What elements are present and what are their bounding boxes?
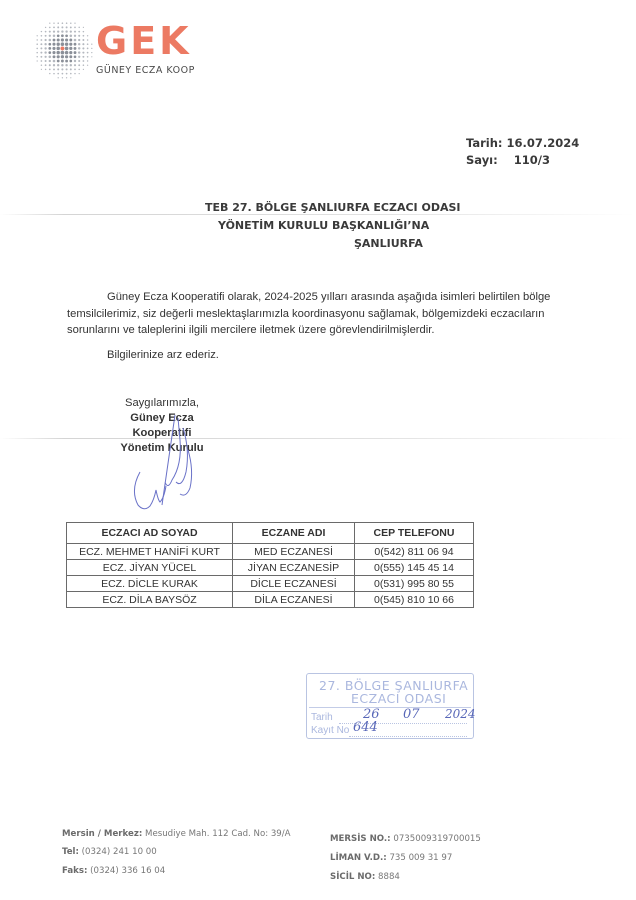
phone-number: 0(555) 145 45 14 xyxy=(355,560,474,576)
stamp-record-number: 644 xyxy=(353,720,378,735)
pharmacy-name: DİLA ECZANESİ xyxy=(233,592,355,608)
date-label: Tarih: xyxy=(466,136,503,150)
footer-tax-label: LİMAN V.D.: xyxy=(330,853,387,863)
addressee-line-1: TEB 27. BÖLGE ŞANLIURFA ECZACI ODASI xyxy=(205,201,461,214)
footer-tax-value: 735 009 31 97 xyxy=(389,853,452,863)
footer-address: Mersin / Merkez: Mesudiye Mah. 112 Cad. … xyxy=(62,829,291,839)
stamp-date-month: 07 xyxy=(403,707,420,722)
representatives-table: ECZACI AD SOYAD ECZANE ADI CEP TELEFONU … xyxy=(66,522,474,608)
body-paragraph: Güney Ecza Kooperatifi olarak, 2024-2025… xyxy=(67,289,577,339)
footer-address-label: Mersin / Merkez: xyxy=(62,829,142,839)
signature-icon xyxy=(120,410,210,520)
footer-fax-label: Faks: xyxy=(62,866,87,876)
footer-phone-value: (0324) 241 10 00 xyxy=(82,847,157,857)
pharmacist-name: ECZ. DİCLE KURAK xyxy=(67,576,233,592)
table-row: ECZ. DİLA BAYSÖZ DİLA ECZANESİ 0(545) 81… xyxy=(67,592,474,608)
pharmacy-name: DİCLE ECZANESİ xyxy=(233,576,355,592)
stamp-date-year: 2024 xyxy=(445,707,476,721)
footer-fax-value: (0324) 336 16 04 xyxy=(90,866,165,876)
greeting: Bilgilerinize arz ederiz. xyxy=(107,349,219,361)
phone-number: 0(531) 995 80 55 xyxy=(355,576,474,592)
document-meta: Tarih: 16.07.2024 Sayı: 110/3 xyxy=(466,135,579,169)
number-label: Sayı: xyxy=(466,153,498,167)
pharmacist-name: ECZ. MEHMET HANİFİ KURT xyxy=(67,544,233,560)
date-value: 16.07.2024 xyxy=(507,136,580,150)
addressee-line-2: YÖNETİM KURULU BAŞKANLIĞI’NA xyxy=(218,219,429,232)
phone-number: 0(545) 810 10 66 xyxy=(355,592,474,608)
phone-number: 0(542) 811 06 94 xyxy=(355,544,474,560)
paper-fold-line xyxy=(0,438,636,439)
date-row: Tarih: 16.07.2024 xyxy=(466,135,579,152)
stamp-record-label: Kayıt No xyxy=(311,725,349,736)
footer-phone: Tel: (0324) 241 10 00 xyxy=(62,847,157,857)
pharmacist-name: ECZ. JİYAN YÜCEL xyxy=(67,560,233,576)
pharmacy-name: MED ECZANESİ xyxy=(233,544,355,560)
stamp-org-line-2: ECZACI ODASI xyxy=(351,691,446,706)
footer-fax: Faks: (0324) 336 16 04 xyxy=(62,866,165,876)
footer-mersis-value: 0735009319700015 xyxy=(393,834,480,844)
number-row: Sayı: 110/3 xyxy=(466,152,579,169)
column-header-pharmacy: ECZANE ADI xyxy=(233,523,355,544)
table-header-row: ECZACI AD SOYAD ECZANE ADI CEP TELEFONU xyxy=(67,523,474,544)
footer-mersis-label: MERSİS NO.: xyxy=(330,834,391,844)
footer-registry-label: SİCİL NO: xyxy=(330,872,375,882)
column-header-pharmacist: ECZACI AD SOYAD xyxy=(67,523,233,544)
footer-address-value: Mesudiye Mah. 112 Cad. No: 39/A xyxy=(145,829,291,839)
closing-salutation: Saygılarımızla, xyxy=(102,396,222,411)
pharmacy-name: JİYAN ECZANESİP xyxy=(233,560,355,576)
pharmacist-name: ECZ. DİLA BAYSÖZ xyxy=(67,592,233,608)
addressee-city: ŞANLIURFA xyxy=(354,237,423,250)
dotted-sphere-icon xyxy=(30,17,98,82)
stamp-date-label: Tarih xyxy=(311,712,333,723)
footer-phone-label: Tel: xyxy=(62,847,79,857)
company-logo: GEK GÜNEY ECZA KOOP xyxy=(30,17,230,82)
table-row: ECZ. MEHMET HANİFİ KURT MED ECZANESİ 0(5… xyxy=(67,544,474,560)
paper-fold-line xyxy=(0,214,636,215)
stamp-record-dotted-line xyxy=(349,736,467,737)
footer-mersis: MERSİS NO.: 0735009319700015 xyxy=(330,834,481,844)
number-value: 110/3 xyxy=(514,153,550,167)
logo-subtitle: GÜNEY ECZA KOOP xyxy=(96,65,195,76)
received-stamp: 27. BÖLGE ŞANLIURFA ECZACI ODASI Tarih 2… xyxy=(306,673,474,739)
letter-body: Güney Ecza Kooperatifi olarak, 2024-2025… xyxy=(67,289,577,339)
table-row: ECZ. JİYAN YÜCEL JİYAN ECZANESİP 0(555) … xyxy=(67,560,474,576)
logo-text: GEK xyxy=(96,21,192,61)
table-row: ECZ. DİCLE KURAK DİCLE ECZANESİ 0(531) 9… xyxy=(67,576,474,592)
footer-registry: SİCİL NO: 8884 xyxy=(330,872,400,882)
footer-tax-office: LİMAN V.D.: 735 009 31 97 xyxy=(330,853,452,863)
footer-registry-value: 8884 xyxy=(378,872,400,882)
column-header-phone: CEP TELEFONU xyxy=(355,523,474,544)
